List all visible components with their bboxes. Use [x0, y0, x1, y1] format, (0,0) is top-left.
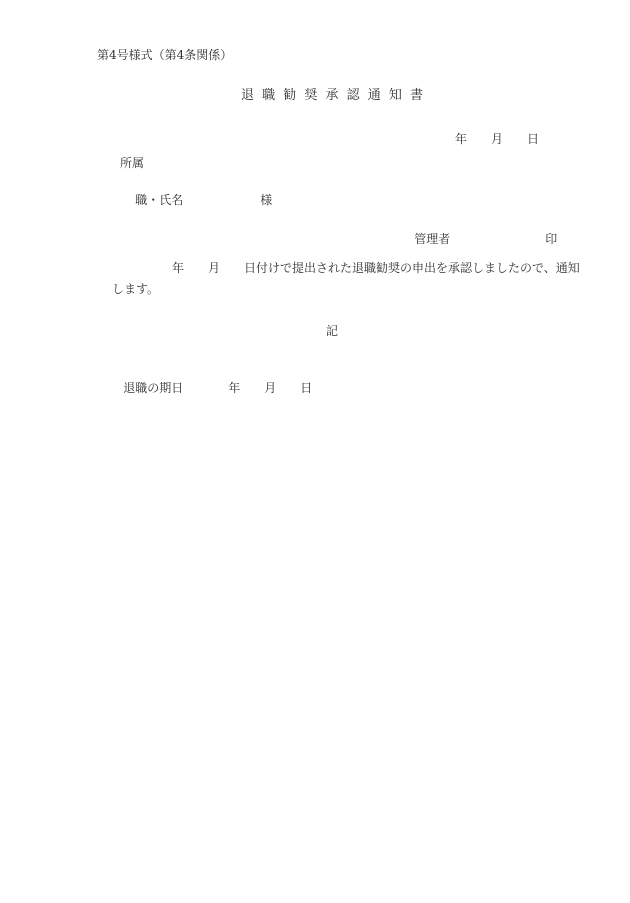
addressee-affiliation-label: 所属: [120, 156, 144, 171]
addressee-honorific: 様: [260, 193, 272, 207]
form-number: 第4号様式（第4条関係）: [97, 48, 232, 63]
issuer-line: 管理者印: [399, 217, 557, 262]
document-title: 退 職 勧 奨 承 認 通 知 書: [97, 88, 567, 104]
retirement-date-label: 退職の期日: [123, 381, 183, 395]
retirement-date-line: 退職の期日年 月 日: [108, 366, 312, 411]
issue-date-blank: 年 月 日: [455, 132, 539, 147]
issuer-seal-mark: 印: [545, 232, 557, 246]
addressee-name-line: 職・氏名様: [120, 178, 272, 223]
retirement-date-blank: 年 月 日: [228, 381, 312, 395]
body-text-line-1: 年 月 日付けで提出された退職勧奨の申出を承認しましたので、通知: [112, 261, 582, 276]
addressee-name-label: 職・氏名: [135, 193, 183, 207]
issuer-label: 管理者: [414, 232, 450, 246]
record-marker: 記: [97, 324, 567, 339]
document-page: 第4号様式（第4条関係） 退 職 勧 奨 承 認 通 知 書 年 月 日 所属 …: [0, 0, 630, 903]
body-text-line-2: します。: [112, 282, 159, 297]
